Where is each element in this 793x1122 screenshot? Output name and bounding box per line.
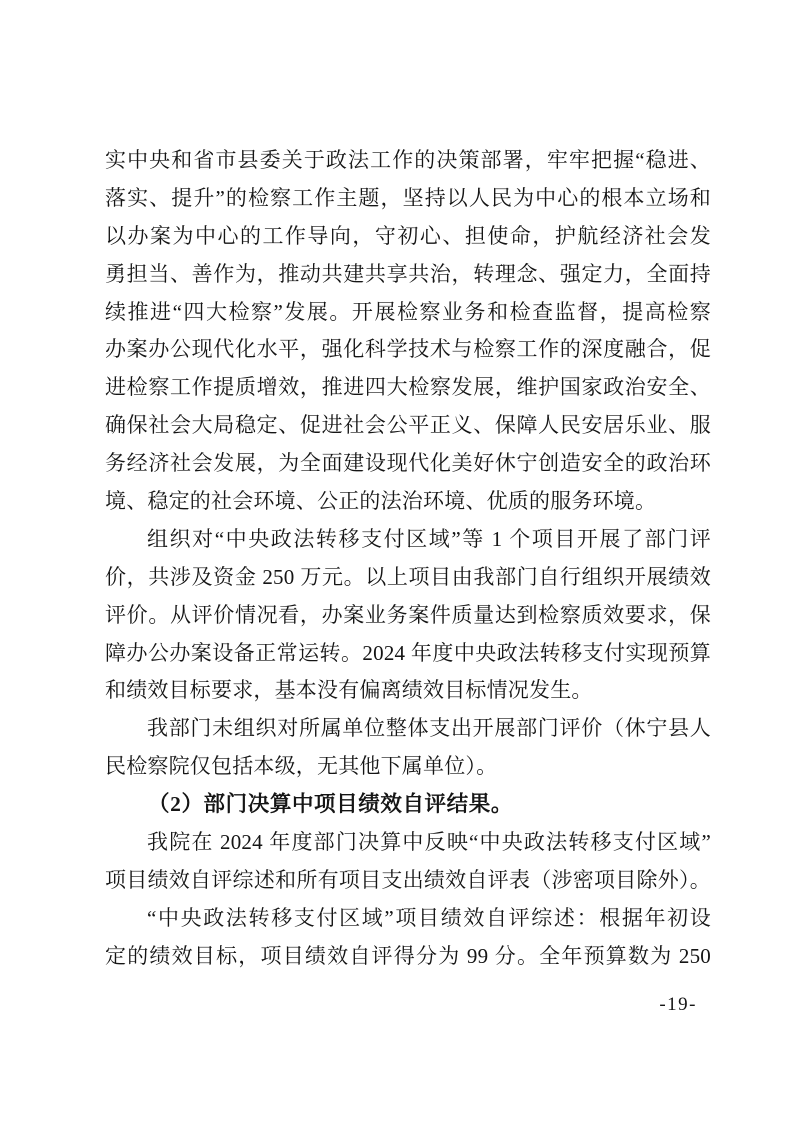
text-line: 以办案为中心的工作导向，守初心、担使命，护航经济社会发展，	[105, 218, 711, 256]
text-line: 组织对“中央政法转移支付区域”等 1 个项目开展了部门评	[105, 521, 711, 559]
section-heading: （2）部门决算中项目绩效自评结果。	[105, 786, 711, 824]
paragraph: 我部门未组织对所属单位整体支出开展部门评价（休宁县人民检察院仅包括本级，无其他下…	[105, 710, 711, 786]
text-line: 定的绩效目标，项目绩效自评得分为 99 分。全年预算数为 250	[105, 938, 711, 976]
paragraph: 组织对“中央政法转移支付区域”等 1 个项目开展了部门评价，共涉及资金 250 …	[105, 521, 711, 710]
document-page: 实中央和省市县委关于政法工作的决策部署，牢牢把握“稳进、落实、提升”的检察工作主…	[0, 0, 793, 1122]
text-line: 进检察工作提质增效，推进四大检察发展，维护国家政治安全、	[105, 369, 711, 407]
paragraph: 实中央和省市县委关于政法工作的决策部署，牢牢把握“稳进、落实、提升”的检察工作主…	[105, 142, 711, 521]
text-line: 办案办公现代化水平，强化科学技术与检察工作的深度融合，促	[105, 331, 711, 369]
text-line: 境、稳定的社会环境、公正的法治环境、优质的服务环境。	[105, 483, 711, 521]
text-line: 续推进“四大检察”发展。开展检察业务和检查监督，提高检察	[105, 294, 711, 332]
paragraph: 我院在 2024 年度部门决算中反映“中央政法转移支付区域”项目绩效自评综述和所…	[105, 824, 711, 900]
text-line: 障办公办案设备正常运转。2024 年度中央政法转移支付实现预算	[105, 635, 711, 673]
text-line: 项目绩效自评综述和所有项目支出绩效自评表（涉密项目除外）。	[105, 862, 711, 900]
text-line: 勇担当、善作为，推动共建共享共治，转理念、强定力，全面持	[105, 256, 711, 294]
text-line: 民检察院仅包括本级，无其他下属单位）。	[105, 748, 711, 786]
text-line: “中央政法转移支付区域”项目绩效自评综述：根据年初设	[105, 900, 711, 938]
text-line: 确保社会大局稳定、促进社会公平正义、保障人民安居乐业、服	[105, 407, 711, 445]
text-line: 务经济社会发展，为全面建设现代化美好休宁创造安全的政治环	[105, 445, 711, 483]
text-line: 落实、提升”的检察工作主题，坚持以人民为中心的根本立场和	[105, 180, 711, 218]
text-block: 实中央和省市县委关于政法工作的决策部署，牢牢把握“稳进、落实、提升”的检察工作主…	[105, 142, 711, 976]
text-line: （2）部门决算中项目绩效自评结果。	[105, 786, 711, 824]
text-line: 我部门未组织对所属单位整体支出开展部门评价（休宁县人	[105, 710, 711, 748]
text-line: 我院在 2024 年度部门决算中反映“中央政法转移支付区域”	[105, 824, 711, 862]
paragraph: “中央政法转移支付区域”项目绩效自评综述：根据年初设定的绩效目标，项目绩效自评得…	[105, 900, 711, 976]
text-line: 实中央和省市县委关于政法工作的决策部署，牢牢把握“稳进、	[105, 142, 711, 180]
page-number: -19-	[659, 994, 697, 1016]
text-line: 和绩效目标要求，基本没有偏离绩效目标情况发生。	[105, 672, 711, 710]
text-line: 评价。从评价情况看，办案业务案件质量达到检察质效要求，保	[105, 597, 711, 635]
text-line: 价，共涉及资金 250 万元。以上项目由我部门自行组织开展绩效	[105, 559, 711, 597]
